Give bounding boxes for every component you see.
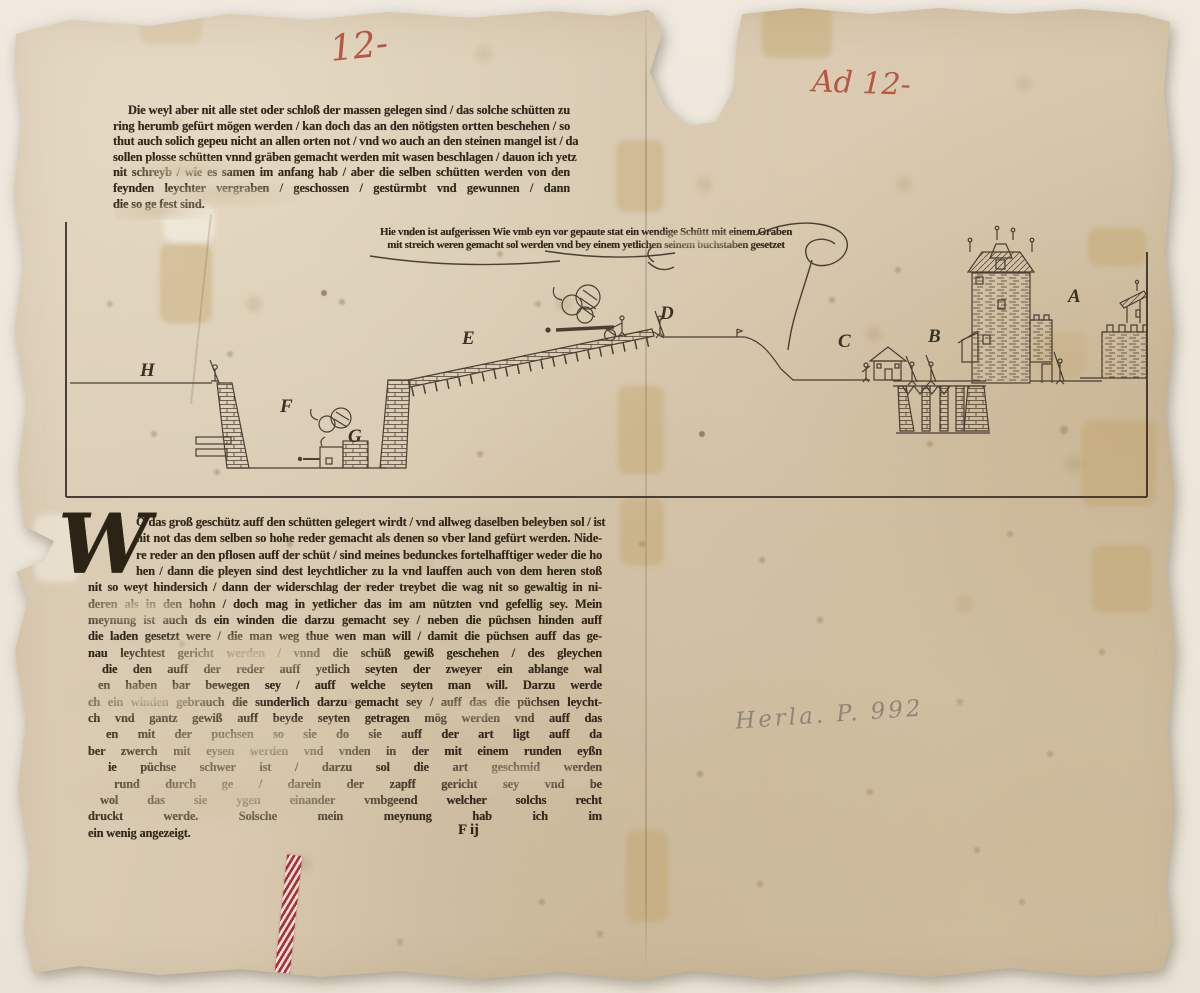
city-wall [1080, 280, 1147, 378]
figure-person [210, 360, 219, 383]
text-line: wol das sie ygen einander vmbgeend welch… [100, 792, 602, 808]
text-line: meynung ist auch ds ein winden die darzu… [88, 612, 602, 628]
text-line: ie püchse schwer ist / darzu sol die art… [108, 759, 602, 775]
text-line: O das groß geschütz auff den schütten ge… [136, 514, 602, 530]
scanned-page: 12- Ad 12- Die weyl aber nit alle stet o… [0, 0, 1200, 993]
foxing-spots [0, 0, 4, 4]
text-line: en haben bar bewegen sey / auff welche s… [98, 677, 602, 693]
text-line: druckt werde. Solsche mein meynung hab i… [88, 808, 602, 824]
text-line: nau leychtest gericht werden / vnnd die … [88, 645, 602, 661]
text-line: nit so weyt hindersich / dann der widers… [88, 579, 602, 595]
figure-label-e: E [462, 328, 475, 350]
fortification-engraving [0, 0, 1200, 993]
figure-label-b: B [928, 326, 941, 348]
text-line: ch ein winden gebrauch die sunderlich da… [88, 694, 602, 710]
figure-label-a: A [1068, 286, 1081, 308]
text-line: ein wenig angezeigt. [88, 825, 602, 841]
slope-teeth [412, 341, 654, 392]
figure-label-d: D [660, 303, 674, 325]
text-line: nit not das dem selben so hohe reder gem… [136, 530, 602, 546]
figure-label-c: C [838, 331, 851, 353]
text-line: ber zwerch mit eysen werden vnd vnden in… [88, 743, 602, 759]
smoke-puff [331, 408, 351, 428]
text-line: en mit der puchsen so sie do sie auff de… [106, 726, 602, 742]
blotch-spots [0, 0, 8, 8]
escarp-wall [380, 380, 410, 468]
text-line: ch vnd gantz gewiß auff beyde seyten get… [88, 710, 602, 726]
text-line: re reder an den pflosen auff der schüt /… [136, 547, 602, 563]
text-line: rund durch ge / darein der zapff gericht… [114, 776, 602, 792]
counterscarp-wall [217, 383, 249, 468]
text-line: hen / dann die pleyen sind dest leychtli… [136, 563, 602, 579]
tower-annex [1030, 315, 1064, 384]
text-line: deren als in den hohn / doch mag in yetl… [88, 596, 602, 612]
text-line: die den auff der reder auff yetlich seyt… [102, 661, 602, 677]
rampart-slope [408, 329, 654, 387]
smoke-wisp [321, 437, 325, 446]
paper-shadow-wrap: 12- Ad 12- Die weyl aber nit alle stet o… [0, 0, 1200, 993]
signature-mark: F ij [458, 822, 479, 839]
figure-label-h: H [140, 360, 155, 382]
figure-label-f: F [280, 396, 293, 418]
figure-label-g: G [348, 426, 362, 448]
text-line: die laden gesetzt were / die man weg thu… [88, 628, 602, 644]
lower-paragraph: O das groß geschütz auff den schütten ge… [88, 514, 602, 841]
gate-tower [958, 226, 1034, 383]
cannon-smoke [553, 285, 600, 323]
cannon [546, 326, 616, 341]
figure-person [1054, 352, 1064, 384]
town-house [862, 347, 906, 382]
paper-sheet: 12- Ad 12- Die weyl aber nit alle stet o… [0, 0, 1200, 993]
